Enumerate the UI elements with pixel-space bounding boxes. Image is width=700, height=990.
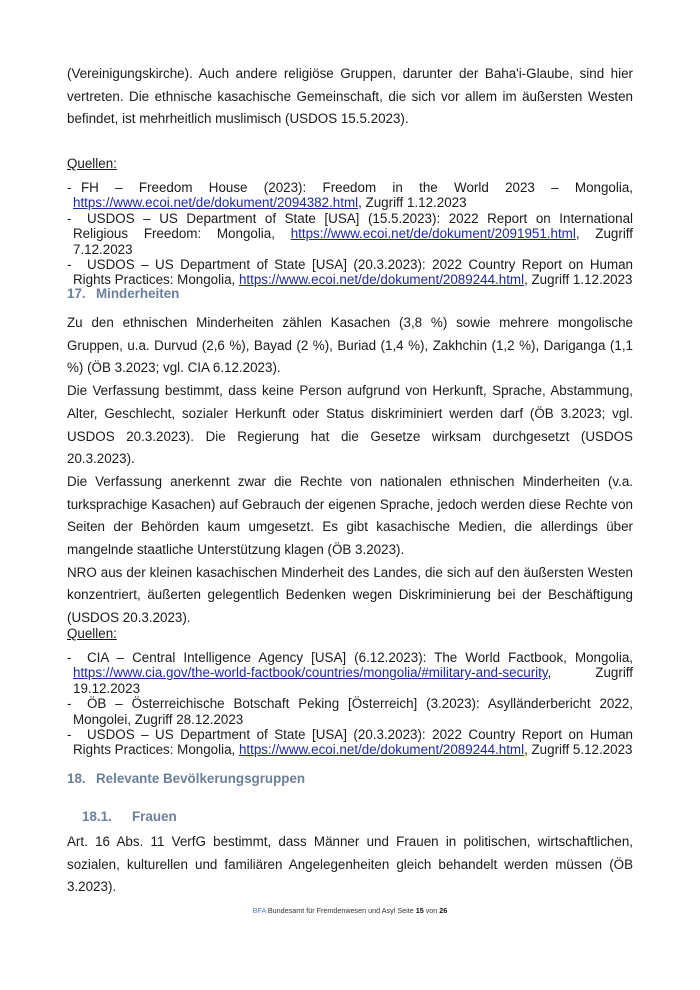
sources-block-1: Quellen: - FH – Freedom House (2023): Fr… xyxy=(67,156,633,288)
section-number: 18. xyxy=(67,771,96,786)
source-item: - USDOS – US Department of State [USA] (… xyxy=(67,211,633,257)
bfa-logo: BFA xyxy=(253,906,266,915)
sources-list: - CIA – Central Intelligence Agency [USA… xyxy=(67,650,633,758)
paragraph: Die Verfassung bestimmt, dass keine Pers… xyxy=(67,380,633,471)
current-page: 15 xyxy=(416,906,424,915)
source-link[interactable]: https://www.ecoi.net/de/dokument/2094382… xyxy=(73,195,358,210)
page-footer: BFA Bundesamt für Fremdenwesen und Asyl … xyxy=(0,906,700,915)
total-pages: 26 xyxy=(439,906,447,915)
bullet-dash: - xyxy=(67,650,71,665)
source-item: - USDOS – US Department of State [USA] (… xyxy=(67,727,633,758)
source-link[interactable]: https://www.cia.gov/the-world-factbook/c… xyxy=(73,665,548,680)
section-17-heading: 17.Minderheiten xyxy=(67,286,633,301)
subsection-number: 18.1. xyxy=(82,809,132,824)
source-item: - USDOS – US Department of State [USA] (… xyxy=(67,257,633,288)
bullet-dash: - xyxy=(67,211,71,226)
source-link[interactable]: https://www.ecoi.net/de/dokument/2089244… xyxy=(239,742,524,757)
source-link[interactable]: https://www.ecoi.net/de/dokument/2091951… xyxy=(291,226,576,241)
bullet-dash: - xyxy=(67,257,71,272)
paragraph: Zu den ethnischen Minderheiten zählen Ka… xyxy=(67,312,633,380)
section-title: Minderheiten xyxy=(96,286,179,301)
source-item: - ÖB – Österreichische Botschaft Peking … xyxy=(67,696,633,727)
bullet-dash: - xyxy=(67,180,71,195)
bullet-dash: - xyxy=(67,727,71,742)
bullet-dash: - xyxy=(67,696,71,711)
section-18-1-body: Art. 16 Abs. 11 VerfG bestimmt, dass Män… xyxy=(67,831,633,899)
subsection-title: Frauen xyxy=(132,809,177,824)
sources-list: - FH – Freedom House (2023): Freedom in … xyxy=(67,180,633,288)
source-item: - FH – Freedom House (2023): Freedom in … xyxy=(67,180,633,211)
sources-title: Quellen: xyxy=(67,626,633,641)
sources-block-2: Quellen: - CIA – Central Intelligence Ag… xyxy=(67,626,633,758)
section-number: 17. xyxy=(67,286,96,301)
source-item: - CIA – Central Intelligence Agency [USA… xyxy=(67,650,633,696)
section-title: Relevante Bevölkerungsgruppen xyxy=(96,771,305,786)
paragraph: NRO aus der kleinen kasachischen Minderh… xyxy=(67,562,633,630)
paragraph: Art. 16 Abs. 11 VerfG bestimmt, dass Män… xyxy=(67,831,633,899)
section-17-body: Zu den ethnischen Minderheiten zählen Ka… xyxy=(67,312,633,630)
section-18-heading: 18.Relevante Bevölkerungsgruppen xyxy=(67,771,633,786)
section-18-1-heading: 18.1.Frauen xyxy=(67,809,633,824)
sources-title: Quellen: xyxy=(67,156,633,171)
intro-block: (Vereinigungskirche). Auch andere religi… xyxy=(67,63,633,131)
paragraph: Die Verfassung anerkennt zwar die Rechte… xyxy=(67,471,633,562)
intro-paragraph: (Vereinigungskirche). Auch andere religi… xyxy=(67,63,633,131)
